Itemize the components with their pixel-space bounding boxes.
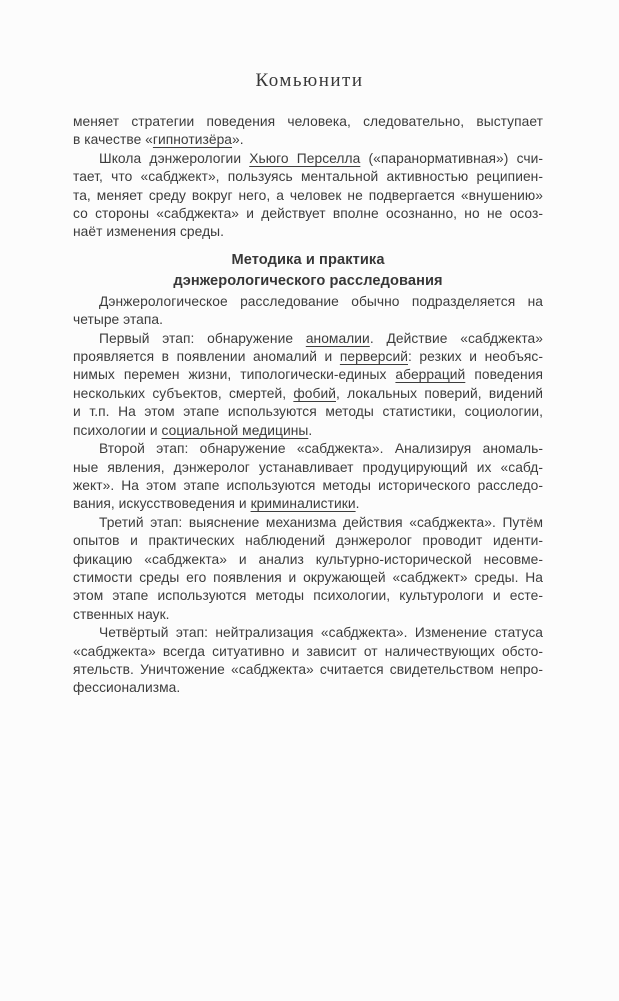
text-run: и т.п. На этом этапе используются методы… xyxy=(73,404,543,419)
text-run: со стороны «сабджекта» и действует вполн… xyxy=(73,206,543,221)
text-line: Четвёртый этап: нейтрализация «сабджекта… xyxy=(73,624,543,642)
text-line: Школа дэнжерологии Хьюго Перселла («пара… xyxy=(73,150,543,168)
text-run: проявляется в появлении аномалий и xyxy=(73,349,340,364)
underlined-term: перверсий xyxy=(340,349,408,364)
text-line: этом этапе используются методы психологи… xyxy=(73,587,543,605)
underlined-term: аномалии xyxy=(306,331,370,346)
text-run: . xyxy=(356,496,360,511)
text-run: меняет стратегии поведения человека, сле… xyxy=(73,114,543,129)
section-heading: Методика и практикадэнжерологического ра… xyxy=(73,250,543,292)
text-run: ятельств. Уничтожение «сабджекта» считае… xyxy=(73,662,543,677)
text-line: ственных наук. xyxy=(73,606,543,624)
book-page: Комьюнити меняет стратегии поведения чел… xyxy=(0,0,619,1001)
text-line: ятельств. Уничтожение «сабджекта» считае… xyxy=(73,661,543,679)
text-run: фессионализма. xyxy=(73,680,180,695)
text-line: опытов и практических наблюдений дэнжеро… xyxy=(73,532,543,550)
text-line: фикацию «сабджекта» и анализ культурно-и… xyxy=(73,551,543,569)
text-run: четыре этапа. xyxy=(73,312,163,327)
text-line: Второй этап: обнаружение «сабджекта». Ан… xyxy=(73,440,543,458)
text-run: «сабджекта» всегда ситуативно и зависит … xyxy=(73,644,543,659)
text-run: стимости среды его появления и окружающе… xyxy=(73,570,543,585)
text-line: «сабджекта» всегда ситуативно и зависит … xyxy=(73,643,543,661)
underlined-term: аберраций xyxy=(395,367,465,382)
text-run: та, меняет среду вокруг него, а человек … xyxy=(73,188,543,203)
paragraph: Второй этап: обнаружение «сабджекта». Ан… xyxy=(73,440,543,514)
text-run: психологии и xyxy=(73,423,162,438)
text-run: . xyxy=(308,423,312,438)
text-run: нимых перемен жизни, типологически-едины… xyxy=(73,367,395,382)
underlined-term: фобий xyxy=(293,386,336,401)
text-line: стимости среды его появления и окружающе… xyxy=(73,569,543,587)
text-run: («паранормативная») счи- xyxy=(360,151,543,166)
underlined-term: Хьюго Перселла xyxy=(249,151,360,166)
text-run: Школа дэнжерологии xyxy=(99,151,249,166)
text-run: Первый этап: обнаружение xyxy=(99,331,306,346)
text-run: : резких и необъяс- xyxy=(408,349,543,364)
paragraph: Четвёртый этап: нейтрализация «сабджекта… xyxy=(73,624,543,698)
underlined-term: криминалистики xyxy=(251,496,356,511)
text-run: ». xyxy=(232,132,244,147)
paragraph: Третий этап: выяснение механизма действи… xyxy=(73,514,543,624)
text-line: Дэнжерологическое расследование обычно п… xyxy=(73,293,543,311)
text-line: проявляется в появлении аномалий и перве… xyxy=(73,348,543,366)
page-body: меняет стратегии поведения человека, сле… xyxy=(73,113,543,698)
text-line: нескольких субъектов, смертей, фобий, ло… xyxy=(73,385,543,403)
text-line: Первый этап: обнаружение аномалии. Дейст… xyxy=(73,330,543,348)
text-line: ные явления, дэнжеролог устанавливает пр… xyxy=(73,459,543,477)
text-run: в качестве « xyxy=(73,132,153,147)
text-run: ные явления, дэнжеролог устанавливает пр… xyxy=(73,460,543,475)
text-run: тает, что «сабджект», пользуясь ментальн… xyxy=(73,169,543,184)
text-run: жект». На этом этапе используются методы… xyxy=(73,478,543,493)
text-line: фессионализма. xyxy=(73,679,543,697)
text-run: ственных наук. xyxy=(73,607,170,622)
running-head: Комьюнити xyxy=(0,70,619,92)
paragraph: Первый этап: обнаружение аномалии. Дейст… xyxy=(73,330,543,440)
text-line: наёт изменения среды. xyxy=(73,223,543,241)
underlined-term: гипнотизёра xyxy=(153,132,232,147)
text-run: . Действие «сабджекта» xyxy=(370,331,543,346)
text-run: Дэнжерологическое расследование обычно п… xyxy=(99,294,543,309)
text-line: психологии и социальной медицины. xyxy=(73,422,543,440)
text-run: наёт изменения среды. xyxy=(73,224,224,239)
text-line: в качестве «гипнотизёра». xyxy=(73,131,543,149)
text-line: и т.п. На этом этапе используются методы… xyxy=(73,403,543,421)
text-run: Третий этап: выяснение механизма действи… xyxy=(99,515,543,530)
text-run: фикацию «сабджекта» и анализ культурно-и… xyxy=(73,552,543,567)
paragraph: Дэнжерологическое расследование обычно п… xyxy=(73,293,543,330)
text-line: тает, что «сабджект», пользуясь ментальн… xyxy=(73,168,543,186)
paragraph: меняет стратегии поведения человека, сле… xyxy=(73,113,543,150)
text-run: вания, искусствоведения и xyxy=(73,496,251,511)
section-heading-line: дэнжерологического расследования xyxy=(73,271,543,292)
text-line: меняет стратегии поведения человека, сле… xyxy=(73,113,543,131)
text-run: опытов и практических наблюдений дэнжеро… xyxy=(73,533,543,548)
paragraph: Школа дэнжерологии Хьюго Перселла («пара… xyxy=(73,150,543,242)
text-line: вания, искусствоведения и криминалистики… xyxy=(73,495,543,513)
text-run: поведения xyxy=(465,367,543,382)
text-run: Второй этап: обнаружение «сабджекта». Ан… xyxy=(99,441,543,456)
text-line: та, меняет среду вокруг него, а человек … xyxy=(73,187,543,205)
text-line: со стороны «сабджекта» и действует вполн… xyxy=(73,205,543,223)
text-line: жект». На этом этапе используются методы… xyxy=(73,477,543,495)
text-run: этом этапе используются методы психологи… xyxy=(73,588,543,603)
text-line: Третий этап: выяснение механизма действи… xyxy=(73,514,543,532)
text-run: нескольких субъектов, смертей, xyxy=(73,386,293,401)
section-heading-line: Методика и практика xyxy=(73,250,543,271)
text-line: нимых перемен жизни, типологически-едины… xyxy=(73,366,543,384)
text-run: Четвёртый этап: нейтрализация «сабджекта… xyxy=(99,625,543,640)
text-run: , локальных поверий, видений xyxy=(336,386,543,401)
text-line: четыре этапа. xyxy=(73,311,543,329)
underlined-term: социальной медицины xyxy=(162,423,309,438)
